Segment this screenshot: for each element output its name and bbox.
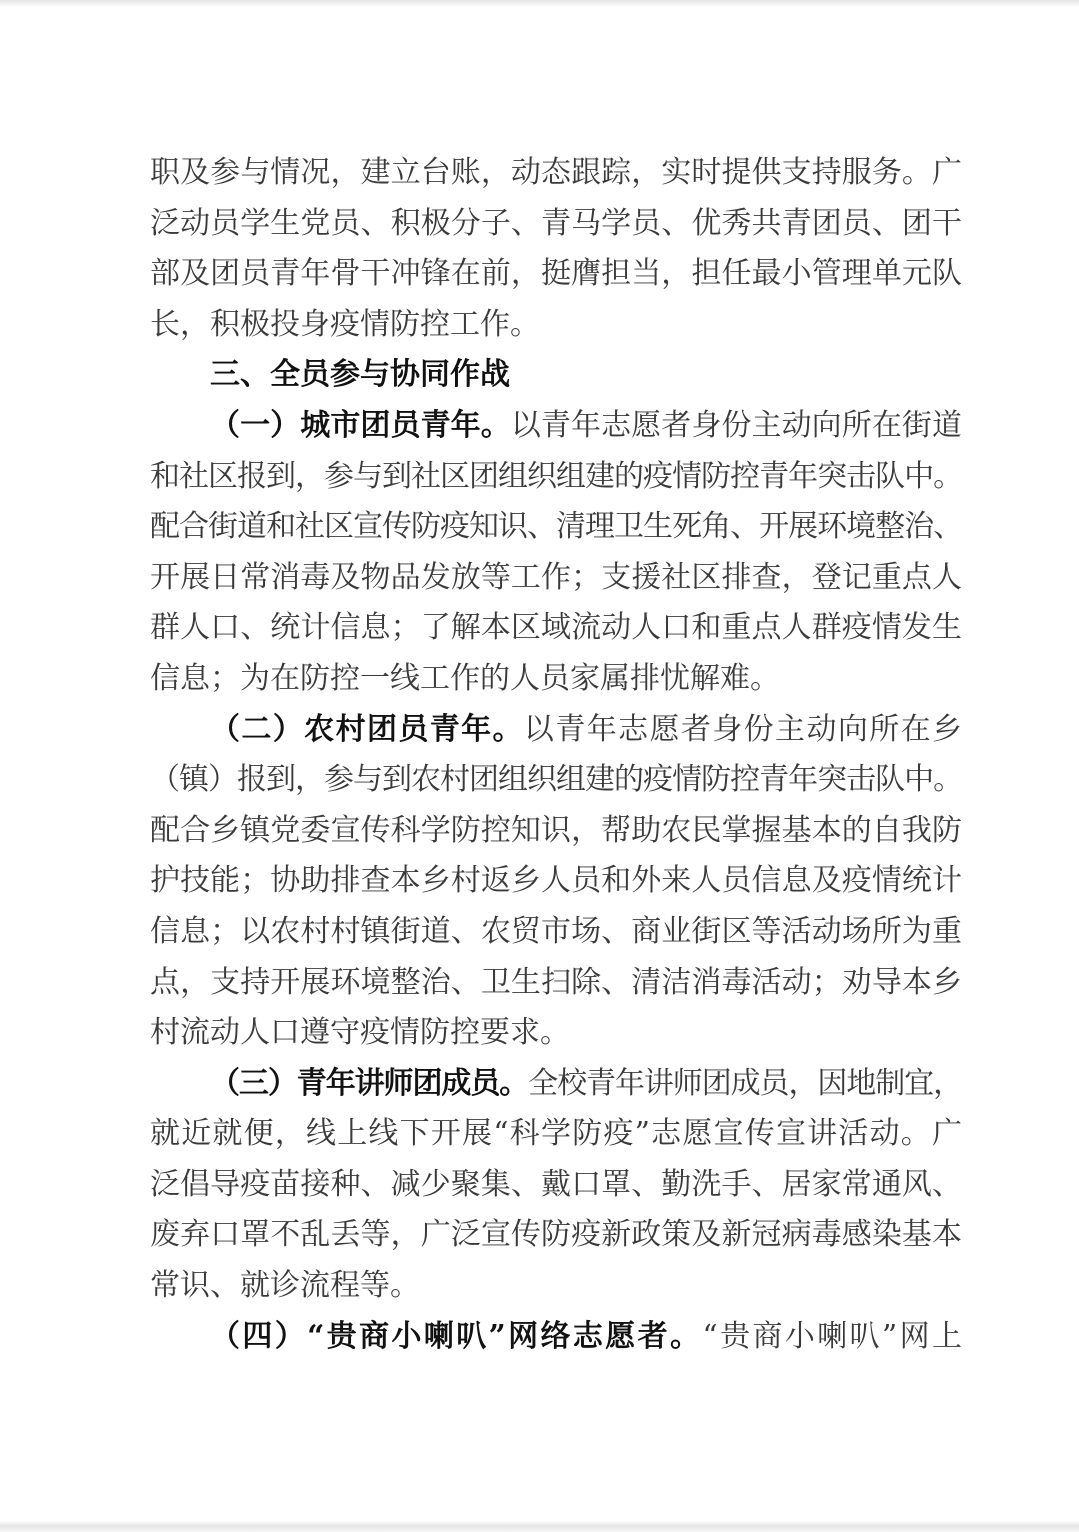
text-line: 泛动员学生党员、积极分子、青马学员、优秀共青团员、团干	[150, 199, 962, 250]
document-body: 职及参与情况，建立台账，动态跟踪，实时提供支持服务。广泛动员学生党员、积极分子、…	[150, 148, 962, 1362]
text-line: （二）农村团员青年。以青年志愿者身份主动向所在乡	[150, 705, 962, 756]
text-line: 村流动人口遵守疫情防控要求。	[150, 1008, 962, 1059]
text-line: 信息；以农村村镇街道、农贸市场、商业街区等活动场所为重	[150, 907, 962, 958]
text-line: 部及团员青年骨干冲锋在前，挺膺担当，担任最小管理单元队	[150, 249, 962, 300]
text-line: 废弃口罩不乱丢等，广泛宣传防疫新政策及新冠病毒感染基本	[150, 1210, 962, 1261]
line-text: （镇）报到，参与到农村团组织组建的疫情防控青年突击队中。	[150, 762, 962, 797]
page-bottom-edge	[0, 1521, 1079, 1532]
text-line: 长，积极投身疫情防控工作。	[150, 300, 962, 351]
line-text: 以青年志愿者身份主动向所在街道	[511, 408, 962, 443]
paragraph-lead: （四）“贵商小喇叭”网络志愿者。	[210, 1319, 702, 1354]
line-text: 职及参与情况，建立台账，动态跟踪，实时提供支持服务。广	[150, 155, 962, 190]
line-text: “贵商小喇叭”网上	[702, 1319, 962, 1354]
text-line: 护技能；协助排查本乡村返乡人员和外来人员信息及疫情统计	[150, 856, 962, 907]
text-line: 就近就便，线上线下开展“科学防疫”志愿宣传宣讲活动。广	[150, 1109, 962, 1160]
text-line: 信息；为在防控一线工作的人员家属排忧解难。	[150, 654, 962, 705]
line-text: 群人口、统计信息；了解本区域流动人口和重点人群疫情发生	[150, 610, 962, 645]
line-text: 泛动员学生党员、积极分子、青马学员、优秀共青团员、团干	[150, 206, 962, 241]
line-text: 部及团员青年骨干冲锋在前，挺膺担当，担任最小管理单元队	[150, 256, 962, 291]
heading-text: 三、全员参与协同作战	[210, 357, 510, 392]
line-text: 配合乡镇党委宣传科学防控知识，帮助农民掌握基本的自我防	[150, 813, 962, 848]
text-line: （一）城市团员青年。以青年志愿者身份主动向所在街道	[150, 401, 962, 452]
section-heading: 三、全员参与协同作战	[150, 350, 962, 401]
line-text: 和社区报到，参与到社区团组织组建的疫情防控青年突击队中。	[150, 459, 962, 494]
line-text: 废弃口罩不乱丢等，广泛宣传防疫新政策及新冠病毒感染基本	[150, 1217, 962, 1252]
page-top-edge	[0, 0, 1079, 6]
line-text: 开展日常消毒及物品发放等工作；支援社区排查，登记重点人	[150, 560, 962, 595]
paragraph-lead: （二）农村团员青年。	[210, 712, 524, 747]
line-text: 村流动人口遵守疫情防控要求。	[150, 1015, 570, 1050]
text-line: （三）青年讲师团成员。全校青年讲师团成员，因地制宜，	[150, 1059, 962, 1110]
line-text: 常识、就诊流程等。	[150, 1268, 420, 1303]
text-line: 和社区报到，参与到社区团组织组建的疫情防控青年突击队中。	[150, 452, 962, 503]
line-text: 泛倡导疫苗接种、减少聚集、戴口罩、勤洗手、居家常通风、	[150, 1167, 962, 1202]
line-text: 点，支持开展环境整治、卫生扫除、清洁消毒活动；劝导本乡	[150, 965, 962, 1000]
line-text: 配合街道和社区宣传防疫知识、清理卫生死角、开展环境整治、	[150, 509, 962, 544]
text-line: 泛倡导疫苗接种、减少聚集、戴口罩、勤洗手、居家常通风、	[150, 1160, 962, 1211]
text-line: （四）“贵商小喇叭”网络志愿者。“贵商小喇叭”网上	[150, 1312, 962, 1363]
text-line: 配合街道和社区宣传防疫知识、清理卫生死角、开展环境整治、	[150, 502, 962, 553]
text-line: 职及参与情况，建立台账，动态跟踪，实时提供支持服务。广	[150, 148, 962, 199]
text-line: 点，支持开展环境整治、卫生扫除、清洁消毒活动；劝导本乡	[150, 958, 962, 1009]
text-line: 开展日常消毒及物品发放等工作；支援社区排查，登记重点人	[150, 553, 962, 604]
paragraph-lead: （一）城市团员青年。	[210, 408, 511, 443]
line-text: 护技能；协助排查本乡村返乡人员和外来人员信息及疫情统计	[150, 863, 962, 898]
line-text: 全校青年讲师团成员，因地制宜，	[528, 1066, 962, 1101]
line-text: 长，积极投身疫情防控工作。	[150, 307, 540, 342]
text-line: （镇）报到，参与到农村团组织组建的疫情防控青年突击队中。	[150, 755, 962, 806]
paragraph-lead: （三）青年讲师团成员。	[210, 1066, 528, 1101]
line-text: 信息；以农村村镇街道、农贸市场、商业街区等活动场所为重	[150, 914, 962, 949]
text-line: 配合乡镇党委宣传科学防控知识，帮助农民掌握基本的自我防	[150, 806, 962, 857]
text-line: 群人口、统计信息；了解本区域流动人口和重点人群疫情发生	[150, 603, 962, 654]
line-text: 以青年志愿者身份主动向所在乡	[524, 712, 962, 747]
line-text: 信息；为在防控一线工作的人员家属排忧解难。	[150, 661, 780, 696]
text-line: 常识、就诊流程等。	[150, 1261, 962, 1312]
line-text: 就近就便，线上线下开展“科学防疫”志愿宣传宣讲活动。广	[150, 1116, 962, 1151]
